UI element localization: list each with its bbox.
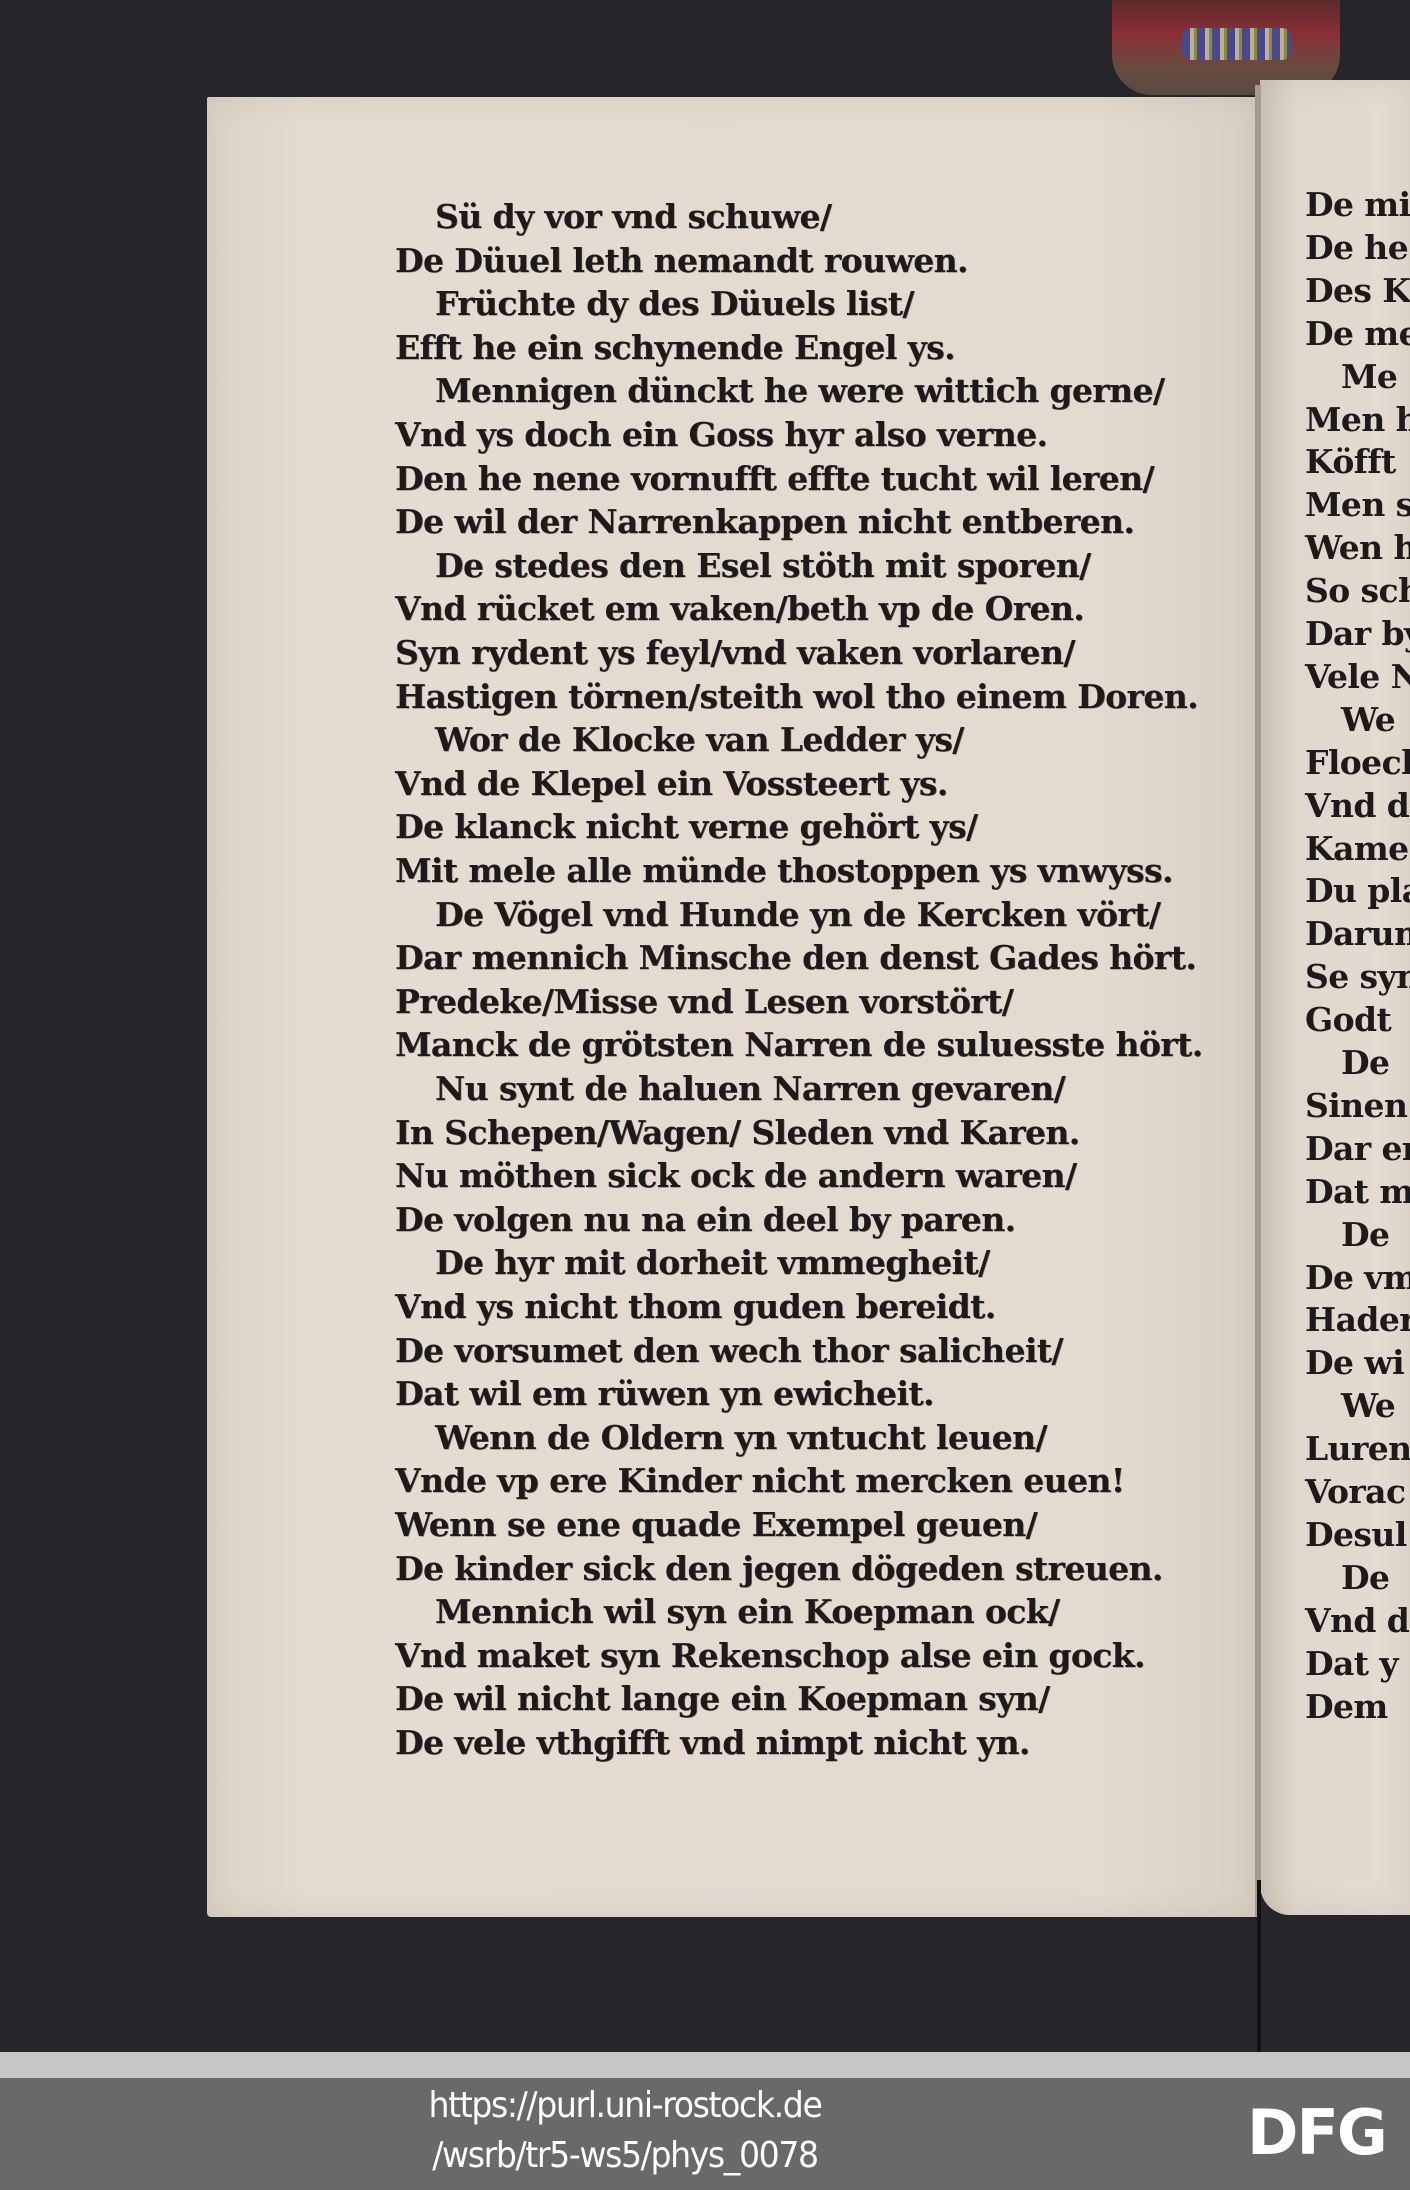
spine-shadow (1257, 1880, 1261, 2052)
text-line: Men s (1305, 488, 1410, 521)
text-line: De Düuel leth nemandt rouwen. (395, 244, 968, 277)
text-line: Vnd de Klepel ein Vossteert ys. (395, 767, 948, 800)
text-line: Me (1341, 360, 1397, 393)
text-line: De vm (1305, 1261, 1410, 1294)
scan-image: Sü dy vor vnd schuwe/De Düuel leth neman… (0, 0, 1410, 2052)
text-line: Syn rydent ys feyl/vnd vaken vorlaren/ (395, 636, 1075, 669)
text-line: De stedes den Esel stöth mit sporen/ (435, 549, 1091, 582)
text-line: Des K (1305, 274, 1410, 307)
text-line: Men h (1305, 403, 1410, 436)
text-line: Darun (1305, 917, 1410, 950)
text-line: Godt (1305, 1003, 1391, 1036)
text-line: De klanck nicht verne gehört ys/ (395, 810, 978, 843)
text-line: De vele vthgifft vnd nimpt nicht yn. (395, 1726, 1030, 1759)
text-line: Dar mennich Minsche den denst Gades hört… (395, 941, 1196, 974)
text-line: Manck de grötsten Narren de suluesste hö… (395, 1028, 1203, 1061)
text-line: Hader (1305, 1303, 1410, 1336)
text-line: Dat y (1305, 1647, 1398, 1680)
text-line: De Vögel vnd Hunde yn de Kercken vört/ (435, 898, 1160, 931)
text-line: De kinder sick den jegen dögeden streuen… (395, 1552, 1163, 1585)
text-line: De wil nicht lange ein Koepman syn/ (395, 1682, 1050, 1715)
text-line: Dat wil em rüwen yn ewicheit. (395, 1377, 934, 1410)
text-line: Wenn de Oldern yn vntucht leuen/ (435, 1421, 1047, 1454)
text-line: De (1341, 1561, 1389, 1594)
text-line: De he (1305, 231, 1408, 264)
text-line: Den he nene vornufft effte tucht wil ler… (395, 462, 1154, 495)
text-line: Vnd d (1305, 1604, 1409, 1637)
text-line: We (1341, 1389, 1395, 1422)
text-line: Vele N (1305, 660, 1410, 693)
text-line: Sinen (1305, 1089, 1407, 1122)
text-line: Köfft (1305, 445, 1396, 478)
text-line: In Schepen/Wagen/ Sleden vnd Karen. (395, 1116, 1080, 1149)
text-line: Vorac (1305, 1475, 1405, 1508)
text-line: De volgen nu na ein deel by paren. (395, 1203, 1015, 1236)
text-line: Wor de Klocke van Ledder ys/ (435, 723, 964, 756)
text-line: Mennigen dünckt he were wittich gerne/ (435, 374, 1164, 407)
text-line: Dat m (1305, 1175, 1410, 1208)
text-line: De wil der Narrenkappen nicht entberen. (395, 505, 1134, 538)
text-line: De vorsumet den wech thor salicheit/ (395, 1334, 1063, 1367)
text-line: Dem (1305, 1690, 1388, 1723)
text-line: Dar er (1305, 1132, 1410, 1165)
permalink-line-2[interactable]: /wsrb/tr5-ws5/phys_0078 (50, 2135, 1200, 2176)
text-line: Vnd maket syn Rekenschop alse ein gock. (395, 1639, 1145, 1672)
permalink-line-1[interactable]: https://purl.uni-rostock.de (50, 2085, 1200, 2126)
text-line: Se syn (1305, 960, 1410, 993)
text-line: Du pla (1305, 874, 1410, 907)
text-line: Vnde vp ere Kinder nicht mercken euen! (395, 1464, 1125, 1497)
text-line: De (1341, 1218, 1389, 1251)
text-line: Hastigen törnen/steith wol tho einem Dor… (395, 680, 1198, 713)
text-line: Luren (1305, 1432, 1410, 1465)
text-line: Mennich wil syn ein Koepman ock/ (435, 1595, 1059, 1628)
text-line: De hyr mit dorheit vmmegheit/ (435, 1246, 990, 1279)
text-line: We (1341, 703, 1395, 736)
text-line: De wi (1305, 1346, 1404, 1379)
book-gutter (1255, 85, 1261, 1917)
text-line: Predeke/Misse vnd Lesen vorstört/ (395, 985, 1013, 1018)
headband-weave (1182, 28, 1292, 60)
text-line: Vnd d (1305, 789, 1409, 822)
text-line: Mit mele alle münde thostoppen ys vnwyss… (395, 854, 1173, 887)
footer-separator (0, 2052, 1410, 2078)
text-line: Vnd rücket em vaken/beth vp de Oren. (395, 592, 1084, 625)
right-page (1260, 80, 1410, 1915)
text-line: Kame (1305, 832, 1409, 865)
text-line: Vnd ys doch ein Goss hyr also verne. (395, 418, 1047, 451)
text-line: Wen h (1305, 531, 1410, 564)
text-line: De (1341, 1046, 1389, 1079)
text-line: Sü dy vor vnd schuwe/ (435, 200, 831, 233)
text-line: Desul (1305, 1518, 1407, 1551)
text-line: Efft he ein schynende Engel ys. (395, 331, 955, 364)
text-line: Nu möthen sick ock de andern waren/ (395, 1159, 1076, 1192)
text-line: Floeck (1305, 746, 1410, 779)
text-line: Dar by (1305, 617, 1410, 650)
text-line: Wenn se ene quade Exempel geuen/ (395, 1508, 1037, 1541)
text-line: Früchte dy des Düuels list/ (435, 287, 914, 320)
dfg-logo: DFG (1247, 2102, 1386, 2164)
text-line: De mi (1305, 188, 1410, 221)
text-line: Nu synt de haluen Narren gevaren/ (435, 1072, 1065, 1105)
text-line: Vnd ys nicht thom guden bereidt. (395, 1290, 996, 1323)
text-line: So sch (1305, 574, 1410, 607)
text-line: De me (1305, 317, 1410, 350)
